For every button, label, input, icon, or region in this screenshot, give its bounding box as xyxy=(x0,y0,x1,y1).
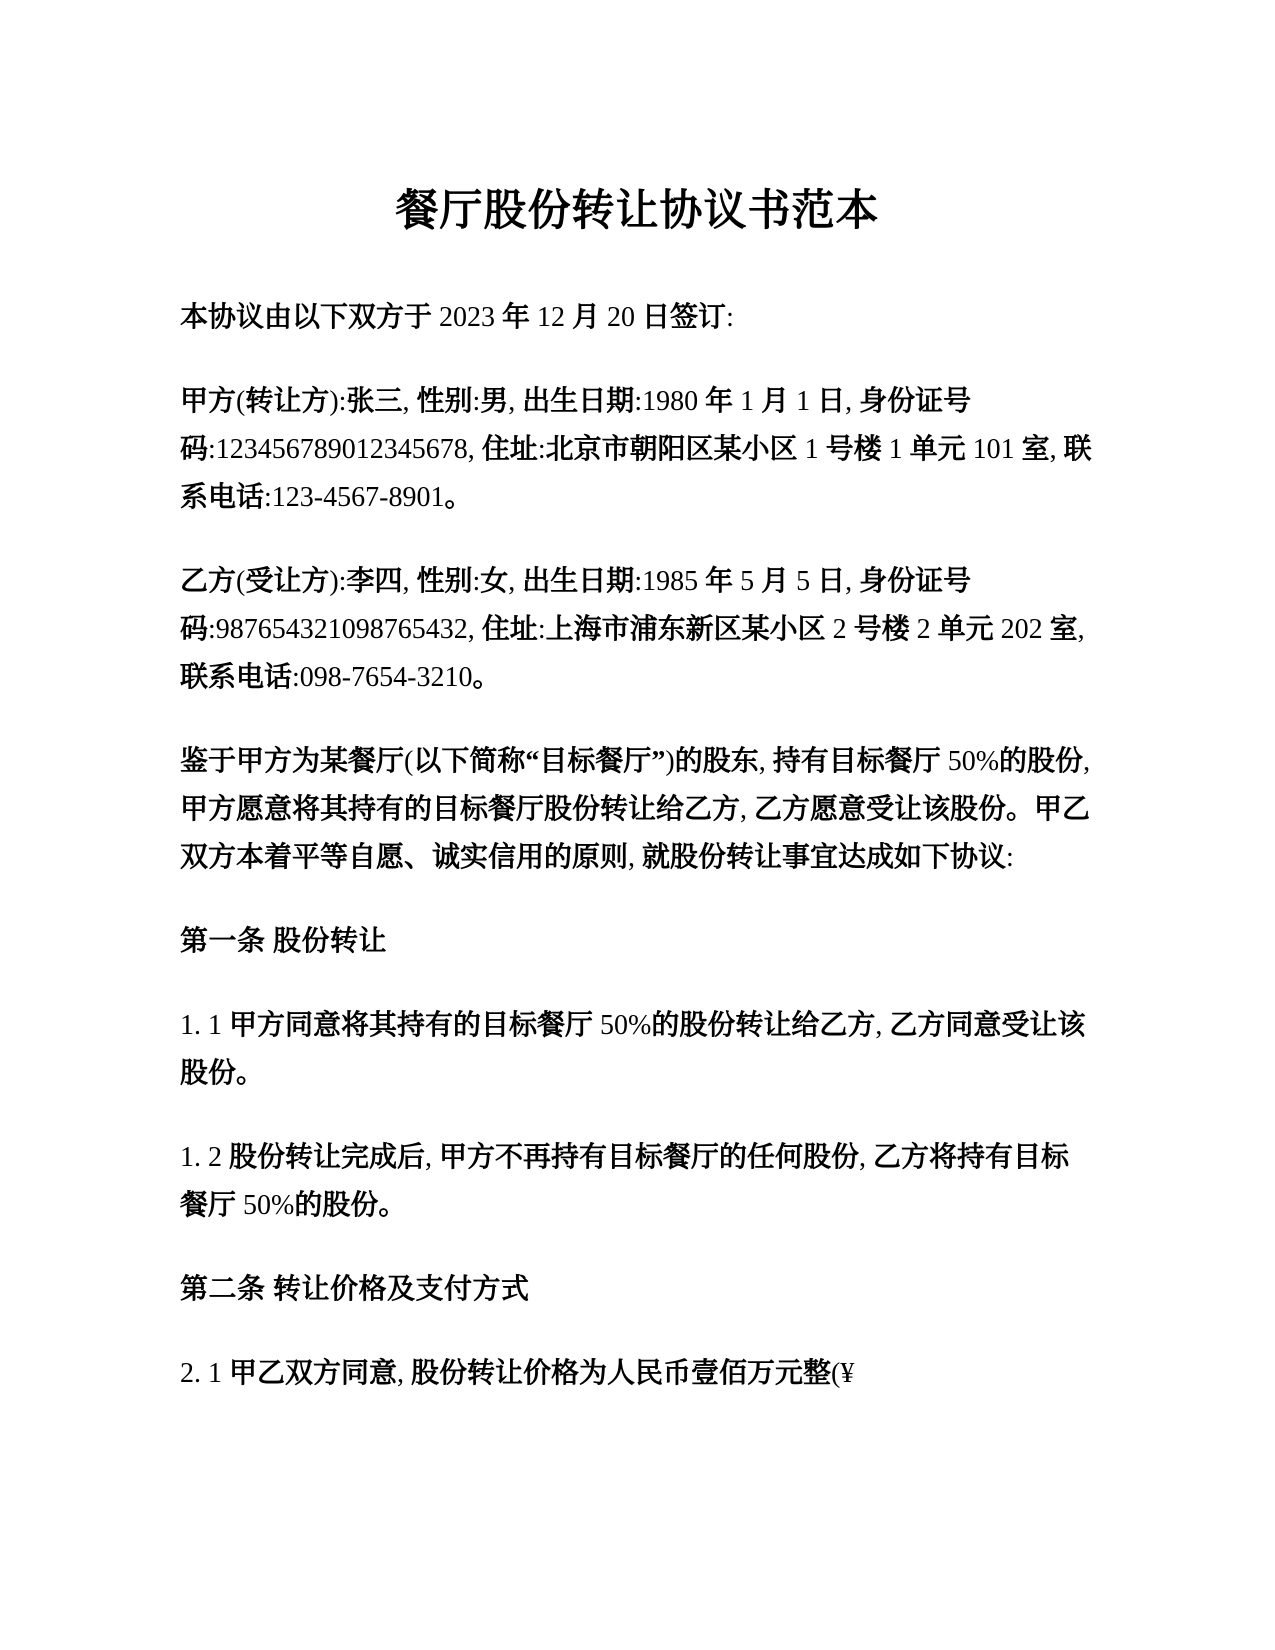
section-heading: 第一条 股份转让 xyxy=(180,918,1095,966)
latin-text: :123456789012345678, xyxy=(208,434,482,465)
latin-text: , xyxy=(845,386,859,417)
latin-text: , xyxy=(628,842,642,873)
latin-text: , xyxy=(1078,614,1085,645)
latin-text: 1. 2 xyxy=(180,1142,229,1173)
latin-text: ) xyxy=(665,746,674,777)
latin-text: 1 xyxy=(789,386,817,417)
paragraph: 鉴于甲方为某餐厅(以下简称“目标餐厅”)的股东, 持有目标餐厅 50%的股份, … xyxy=(180,738,1095,882)
latin-text: , xyxy=(759,746,773,777)
latin-text: 202 xyxy=(994,614,1050,645)
latin-text: , xyxy=(859,1142,873,1173)
paragraph: 本协议由以下双方于 2023 年 12 月 20 日签订: xyxy=(180,294,1095,342)
paragraph: 1. 1 甲方同意将其持有的目标餐厅 50%的股份转让给乙方, 乙方同意受让该股… xyxy=(180,1002,1095,1098)
latin-text: , xyxy=(508,386,522,417)
latin-text: 50% xyxy=(941,746,999,777)
latin-text: : xyxy=(538,614,546,645)
latin-text: , xyxy=(740,794,754,825)
latin-text: , xyxy=(1083,746,1090,777)
latin-text: ( xyxy=(236,566,245,597)
latin-text xyxy=(266,926,274,957)
paragraph: 2. 1 甲乙双方同意, 股份转让价格为人民币壹佰万元整(¥ xyxy=(180,1350,1095,1398)
latin-text: (¥ xyxy=(831,1358,854,1389)
latin-text: 50% xyxy=(236,1190,294,1221)
latin-text: 2023 xyxy=(432,302,502,333)
latin-text: , xyxy=(508,566,522,597)
latin-text: 2 xyxy=(910,614,938,645)
latin-text: 1 xyxy=(882,434,910,465)
latin-text: , xyxy=(1050,434,1064,465)
latin-text: : xyxy=(1006,842,1014,873)
latin-text: 20 xyxy=(600,302,642,333)
latin-text: ( xyxy=(236,386,245,417)
paragraph: 甲方(转让方):张三, 性别:男, 出生日期:1980 年 1 月 1 日, 身… xyxy=(180,378,1095,522)
latin-text: : xyxy=(538,434,546,465)
paragraph: 乙方(受让方):李四, 性别:女, 出生日期:1985 年 5 月 5 日, 身… xyxy=(180,558,1095,702)
latin-text: :1980 xyxy=(634,386,705,417)
latin-text: 1 xyxy=(733,386,761,417)
document-title: 餐厅股份转让协议书范本 xyxy=(180,186,1095,238)
document-body: 本协议由以下双方于 2023 年 12 月 20 日签订:甲方(转让方):张三,… xyxy=(180,294,1095,1398)
latin-text: ): xyxy=(329,386,346,417)
latin-text: 1. 1 xyxy=(180,1010,229,1041)
latin-text: : xyxy=(473,386,481,417)
latin-text: : xyxy=(473,566,481,597)
latin-text: 12 xyxy=(530,302,572,333)
latin-text: , xyxy=(402,566,416,597)
latin-text: 5 xyxy=(733,566,761,597)
latin-text: 50% xyxy=(593,1010,651,1041)
latin-text: , xyxy=(425,1142,439,1173)
latin-text: : xyxy=(726,302,734,333)
document-page: 餐厅股份转让协议书范本 本协议由以下双方于 2023 年 12 月 20 日签订… xyxy=(180,0,1095,1398)
latin-text: :123-4567-8901 xyxy=(264,482,444,513)
latin-text: ): xyxy=(329,566,346,597)
latin-text: 101 xyxy=(966,434,1022,465)
latin-text: :098-7654-3210 xyxy=(292,662,472,693)
section-heading: 第二条 转让价格及支付方式 xyxy=(180,1266,1095,1314)
latin-text: , xyxy=(402,386,416,417)
latin-text: ( xyxy=(404,746,413,777)
latin-text: :1985 xyxy=(634,566,705,597)
latin-text: 2. 1 xyxy=(180,1358,229,1389)
latin-text: :987654321098765432, xyxy=(208,614,482,645)
latin-text: , xyxy=(845,566,859,597)
latin-text: 2 xyxy=(826,614,854,645)
paragraph: 1. 2 股份转让完成后, 甲方不再持有目标餐厅的任何股份, 乙方将持有目标餐厅… xyxy=(180,1134,1095,1230)
latin-text: 5 xyxy=(789,566,817,597)
latin-text: 1 xyxy=(798,434,826,465)
latin-text: , xyxy=(397,1358,411,1389)
latin-text: , xyxy=(875,1010,889,1041)
latin-text xyxy=(266,1274,274,1305)
